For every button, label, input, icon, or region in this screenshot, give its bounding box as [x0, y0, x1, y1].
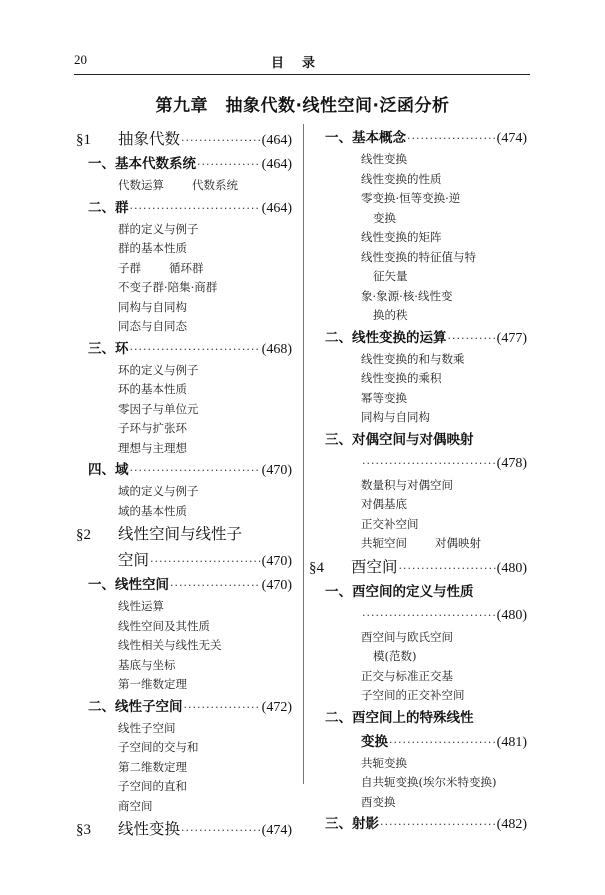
section-number: §4 — [309, 555, 351, 581]
section-title: 酉空间 — [351, 554, 398, 580]
subsection-number: 二、 — [88, 695, 115, 719]
toc-item[interactable]: 线性变换的乘积 — [325, 369, 527, 389]
toc-item[interactable]: 酉变换 — [325, 793, 527, 813]
page-ref: (474) — [497, 127, 527, 151]
section-number: §2 — [76, 522, 118, 548]
toc-item-continued[interactable]: 变换 — [325, 209, 527, 229]
toc-item[interactable]: 同构与自同构 — [76, 298, 292, 318]
dot-leader — [181, 818, 261, 844]
dot-leader — [380, 813, 496, 837]
subsection-title-continued: 变换 — [361, 730, 388, 754]
toc-item[interactable]: 线性变换 — [325, 150, 527, 170]
subsection-title: 线性变换的运算 — [352, 326, 447, 350]
toc-subsection[interactable]: 二、 酉空间上的特殊线性 — [325, 706, 527, 730]
toc-left-column: §1 抽象代数 (464) 一、 基本代数系统 (464) 代数运算代数系统 二… — [76, 126, 292, 842]
subsection-title: 酉空间上的特殊线性 — [352, 706, 474, 730]
subsection-title: 射影 — [352, 812, 379, 836]
toc-subsection[interactable]: 三、 射影 (482) — [325, 812, 527, 836]
subsection-title: 域 — [115, 458, 129, 482]
toc-item[interactable]: 域的定义与例子 — [76, 482, 292, 502]
toc-item[interactable]: 循环群 — [169, 259, 204, 279]
toc-item[interactable]: 线性变换的矩阵 — [325, 228, 527, 248]
subsection-number: 三、 — [325, 812, 352, 836]
toc-section-3[interactable]: §3 线性变换 (474) — [76, 816, 292, 842]
page-ref: (470) — [262, 574, 292, 598]
toc-item[interactable]: 子环与扩张环 — [76, 419, 292, 439]
toc-item-pair: 子群循环群 — [76, 259, 292, 279]
toc-subsection[interactable]: 一、 基本概念 (474) — [325, 126, 527, 150]
subsection-number: 一、 — [325, 126, 352, 150]
column-divider — [303, 124, 304, 784]
toc-subsection[interactable]: 二、 群 (464) — [76, 196, 292, 220]
toc-item[interactable]: 正交与标准正交基 — [325, 667, 527, 687]
section-title: 线性空间与线性子 — [118, 521, 242, 547]
toc-section-1[interactable]: §1 抽象代数 (464) — [76, 126, 292, 152]
dot-leader — [197, 153, 261, 177]
toc-item[interactable]: 酉空间与欧氏空间 — [325, 628, 527, 648]
toc-item[interactable]: 同构与自同构 — [325, 408, 527, 428]
toc-item[interactable]: 子群 — [118, 259, 141, 279]
page-ref: (478) — [497, 452, 527, 476]
toc-item[interactable]: 对偶基底 — [325, 495, 527, 515]
subsection-number: 二、 — [325, 326, 352, 350]
subsection-number: 三、 — [325, 428, 352, 452]
toc-section-4[interactable]: §4 酉空间 (480) — [309, 554, 527, 580]
toc-item[interactable]: 群的基本性质 — [76, 239, 292, 259]
toc-item-continued[interactable]: 征矢量 — [325, 267, 527, 287]
toc-item[interactable]: 零因子与单位元 — [76, 400, 292, 420]
toc-item[interactable]: 第二维数定理 — [76, 758, 292, 778]
section-title: 线性变换 — [118, 816, 180, 842]
toc-item-pair: 代数运算代数系统 — [76, 176, 292, 196]
page-ref: (464) — [262, 197, 292, 221]
dot-leader — [389, 731, 496, 755]
toc-subsection[interactable]: 二、 线性变换的运算 (477) — [325, 326, 527, 350]
toc-item[interactable]: 线性变换的特征值与特 — [325, 248, 527, 268]
chapter-title: 第九章 抽象代数·线性空间·泛函分析 — [0, 91, 605, 116]
header-rule — [74, 74, 530, 75]
toc-item[interactable]: 线性运算 — [76, 597, 292, 617]
page-ref: (464) — [262, 128, 292, 154]
toc-subsection[interactable]: 二、 线性子空间 (472) — [76, 695, 292, 719]
page-ref: (470) — [262, 459, 292, 483]
toc-subsection[interactable]: 四、 域 (470) — [76, 458, 292, 482]
toc-subsection-page-line[interactable]: (480) — [325, 604, 527, 628]
dot-leader — [399, 556, 496, 582]
toc-item[interactable]: 子空间的交与和 — [76, 738, 292, 758]
page-ref: (472) — [262, 696, 292, 720]
section-number: §1 — [76, 127, 118, 153]
toc-item-continued[interactable]: 模(范数) — [325, 647, 527, 667]
toc-item[interactable]: 数量积与对偶空间 — [325, 476, 527, 496]
toc-subsection-page-line[interactable]: (478) — [325, 452, 527, 476]
subsection-number: 一、 — [88, 573, 115, 597]
toc-section-2[interactable]: §2 线性空间与线性子 — [76, 521, 292, 547]
toc-item[interactable]: 第一维数定理 — [76, 675, 292, 695]
subsection-number: 二、 — [325, 706, 352, 730]
toc-item[interactable]: 对偶映射 — [435, 534, 481, 554]
toc-item[interactable]: 代数系统 — [192, 176, 238, 196]
subsection-title: 酉空间的定义与性质 — [352, 580, 474, 604]
toc-item[interactable]: 幂等变换 — [325, 389, 527, 409]
subsection-title: 线性子空间 — [115, 695, 183, 719]
page-ref: (474) — [262, 818, 292, 844]
page-ref: (481) — [497, 731, 527, 755]
toc-item[interactable]: 线性相关与线性无关 — [76, 636, 292, 656]
toc-item[interactable]: 线性子空间 — [76, 719, 292, 739]
dot-leader — [150, 549, 261, 575]
section-title-continued: 空间 — [118, 547, 149, 573]
toc-item[interactable]: 代数运算 — [118, 176, 164, 196]
dot-leader — [362, 604, 496, 628]
toc-item[interactable]: 线性变换的性质 — [325, 170, 527, 190]
toc-item[interactable]: 线性变换的和与数乘 — [325, 350, 527, 370]
toc-item[interactable]: 共轭变换 — [325, 754, 527, 774]
toc-subsection[interactable]: 三、 环 (468) — [76, 337, 292, 361]
toc-item[interactable]: 理想与主理想 — [76, 439, 292, 459]
subsection-title: 环 — [115, 337, 129, 361]
toc-subsection[interactable]: 三、 对偶空间与对偶映射 — [325, 428, 527, 452]
toc-item[interactable]: 商空间 — [76, 797, 292, 817]
toc-item[interactable]: 零变换·恒等变换·逆 — [325, 189, 527, 209]
page-ref: (480) — [497, 556, 527, 582]
toc-item-pair: 共轭空间对偶映射 — [325, 534, 527, 554]
page-header: 20 目录 — [74, 52, 530, 72]
toc-subsection-continued[interactable]: 变换 (481) — [325, 730, 527, 754]
toc-item[interactable]: 正交补空间 — [325, 515, 527, 535]
dot-leader — [448, 327, 496, 351]
toc-item[interactable]: 子空间的直和 — [76, 777, 292, 797]
subsection-number: 三、 — [88, 337, 115, 361]
toc-item[interactable]: 子空间的正交补空间 — [325, 686, 527, 706]
page-ref: (470) — [262, 549, 292, 575]
section-number: §3 — [76, 817, 118, 843]
toc-item[interactable]: 不变子群·陪集·商群 — [76, 278, 292, 298]
subsection-number: 一、 — [325, 580, 352, 604]
subsection-title: 基本代数系统 — [115, 152, 196, 176]
dot-leader — [130, 197, 261, 221]
subsection-number: 二、 — [88, 196, 115, 220]
page-ref: (480) — [497, 604, 527, 628]
toc-item[interactable]: 环的基本性质 — [76, 380, 292, 400]
toc-item[interactable]: 同态与自同态 — [76, 317, 292, 337]
toc-subsection[interactable]: 一、 酉空间的定义与性质 — [325, 580, 527, 604]
dot-leader — [170, 574, 261, 598]
subsection-number: 四、 — [88, 458, 115, 482]
page-ref: (477) — [497, 327, 527, 351]
toc-item[interactable]: 环的定义与例子 — [76, 361, 292, 381]
toc-item[interactable]: 象·象源·核·线性变 — [325, 287, 527, 307]
subsection-title: 线性空间 — [115, 573, 169, 597]
toc-item[interactable]: 基底与坐标 — [76, 656, 292, 676]
page-ref: (468) — [262, 338, 292, 362]
subsection-title: 对偶空间与对偶映射 — [352, 428, 474, 452]
toc-item[interactable]: 域的基本性质 — [76, 502, 292, 522]
subsection-title: 群 — [115, 196, 129, 220]
section-title: 抽象代数 — [118, 126, 180, 152]
toc-section-2-continued[interactable]: 空间 (470) — [76, 547, 292, 573]
subsection-title: 基本概念 — [352, 126, 406, 150]
page-ref: (464) — [262, 153, 292, 177]
running-title: 目录 — [74, 52, 530, 71]
toc-item[interactable]: 线性空间及其性质 — [76, 617, 292, 637]
toc-item[interactable]: 共轭空间 — [361, 534, 407, 554]
dot-leader — [407, 127, 496, 151]
dot-leader — [130, 338, 261, 362]
dot-leader — [184, 696, 261, 720]
toc-subsection[interactable]: 一、 基本代数系统 (464) — [76, 152, 292, 176]
subsection-number: 一、 — [88, 152, 115, 176]
toc-subsection[interactable]: 一、 线性空间 (470) — [76, 573, 292, 597]
page-ref: (482) — [497, 813, 527, 837]
toc-right-column: 一、 基本概念 (474) 线性变换 线性变换的性质 零变换·恒等变换·逆 变换… — [325, 126, 527, 836]
dot-leader — [181, 128, 261, 154]
dot-leader — [130, 459, 261, 483]
toc-item[interactable]: 自共轭变换(埃尔米特变换) — [325, 773, 527, 793]
toc-item[interactable]: 群的定义与例子 — [76, 220, 292, 240]
dot-leader — [362, 452, 496, 476]
toc-item-continued[interactable]: 换的秩 — [325, 306, 527, 326]
